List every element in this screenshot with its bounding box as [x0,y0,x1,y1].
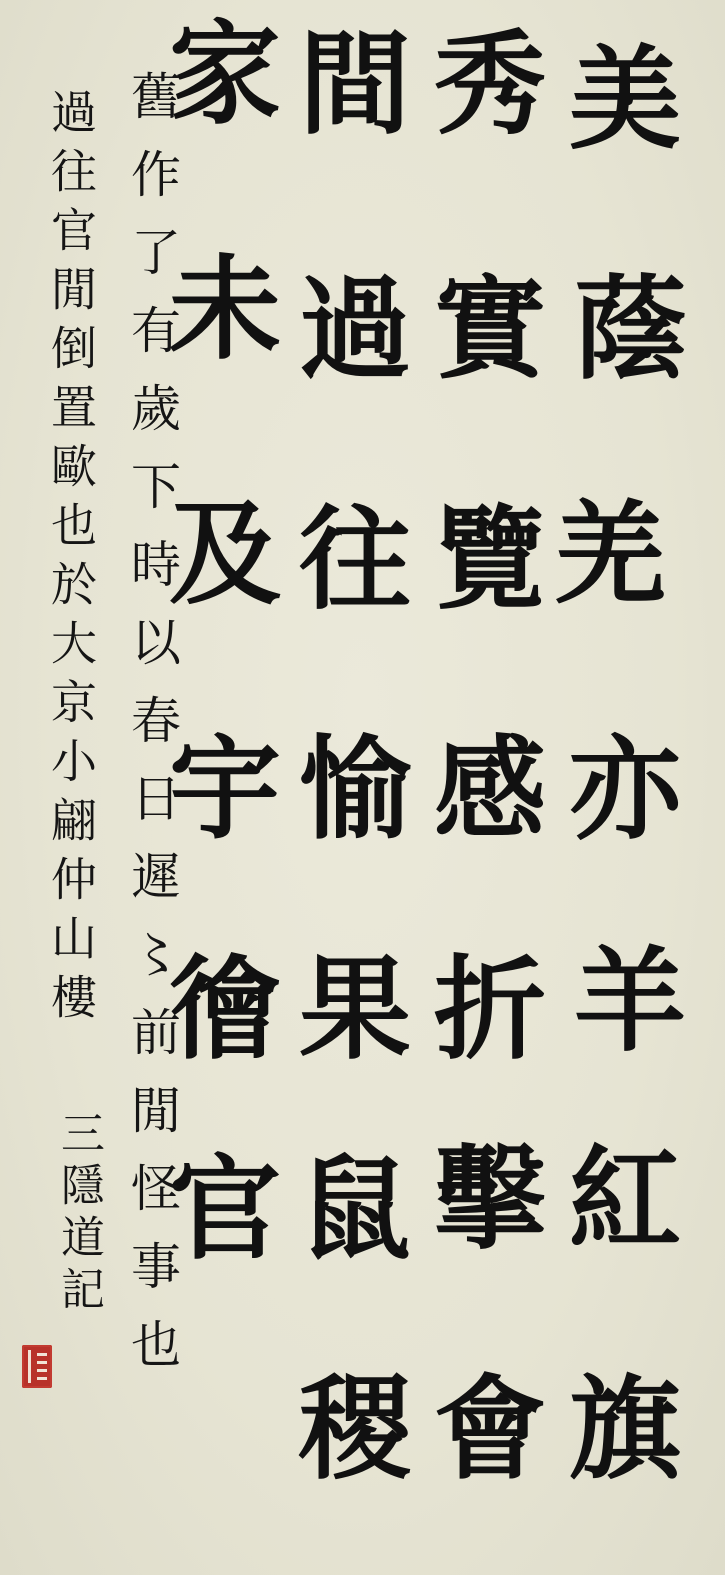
main-char: 鼠 [293,1148,417,1272]
main-char: 愉 [293,728,417,852]
main-char: 紅 [563,1138,687,1262]
main-char: 稷 [293,1368,417,1492]
main-char: 羌 [548,493,672,617]
main-char: 過 [293,268,417,392]
main-char: 亦 [563,728,687,852]
main-char: 美 [563,38,687,162]
main-char: 往 [293,498,417,622]
main-char: 實 [428,268,552,392]
main-char: 間 [293,23,417,147]
main-char: 旗 [563,1368,687,1492]
main-char: 會 [428,1368,552,1492]
inscription-column: 過往官閒倒置歐也於大京小翩仲山樓 [38,88,104,1032]
main-char: 果 [293,948,417,1072]
main-char: 秀 [428,23,552,147]
main-char: 擊 [428,1138,552,1262]
main-char: 折 [428,948,552,1072]
main-char: 感 [428,728,552,852]
calligraphy-scroll: 美 蔭 羌 亦 羊 紅 旗 秀 實 覽 感 折 擊 會 間 過 往 愉 果 鼠 … [0,0,725,1575]
main-char: 蔭 [568,268,692,392]
red-seal-icon [22,1345,52,1388]
main-char: 覽 [428,498,552,622]
inscription-column: 舊作了有歲下時以春日遲〻前閒怪事也 [116,70,188,1396]
artist-signature: 三隱道記 [46,1110,110,1318]
main-char: 羊 [568,940,692,1064]
